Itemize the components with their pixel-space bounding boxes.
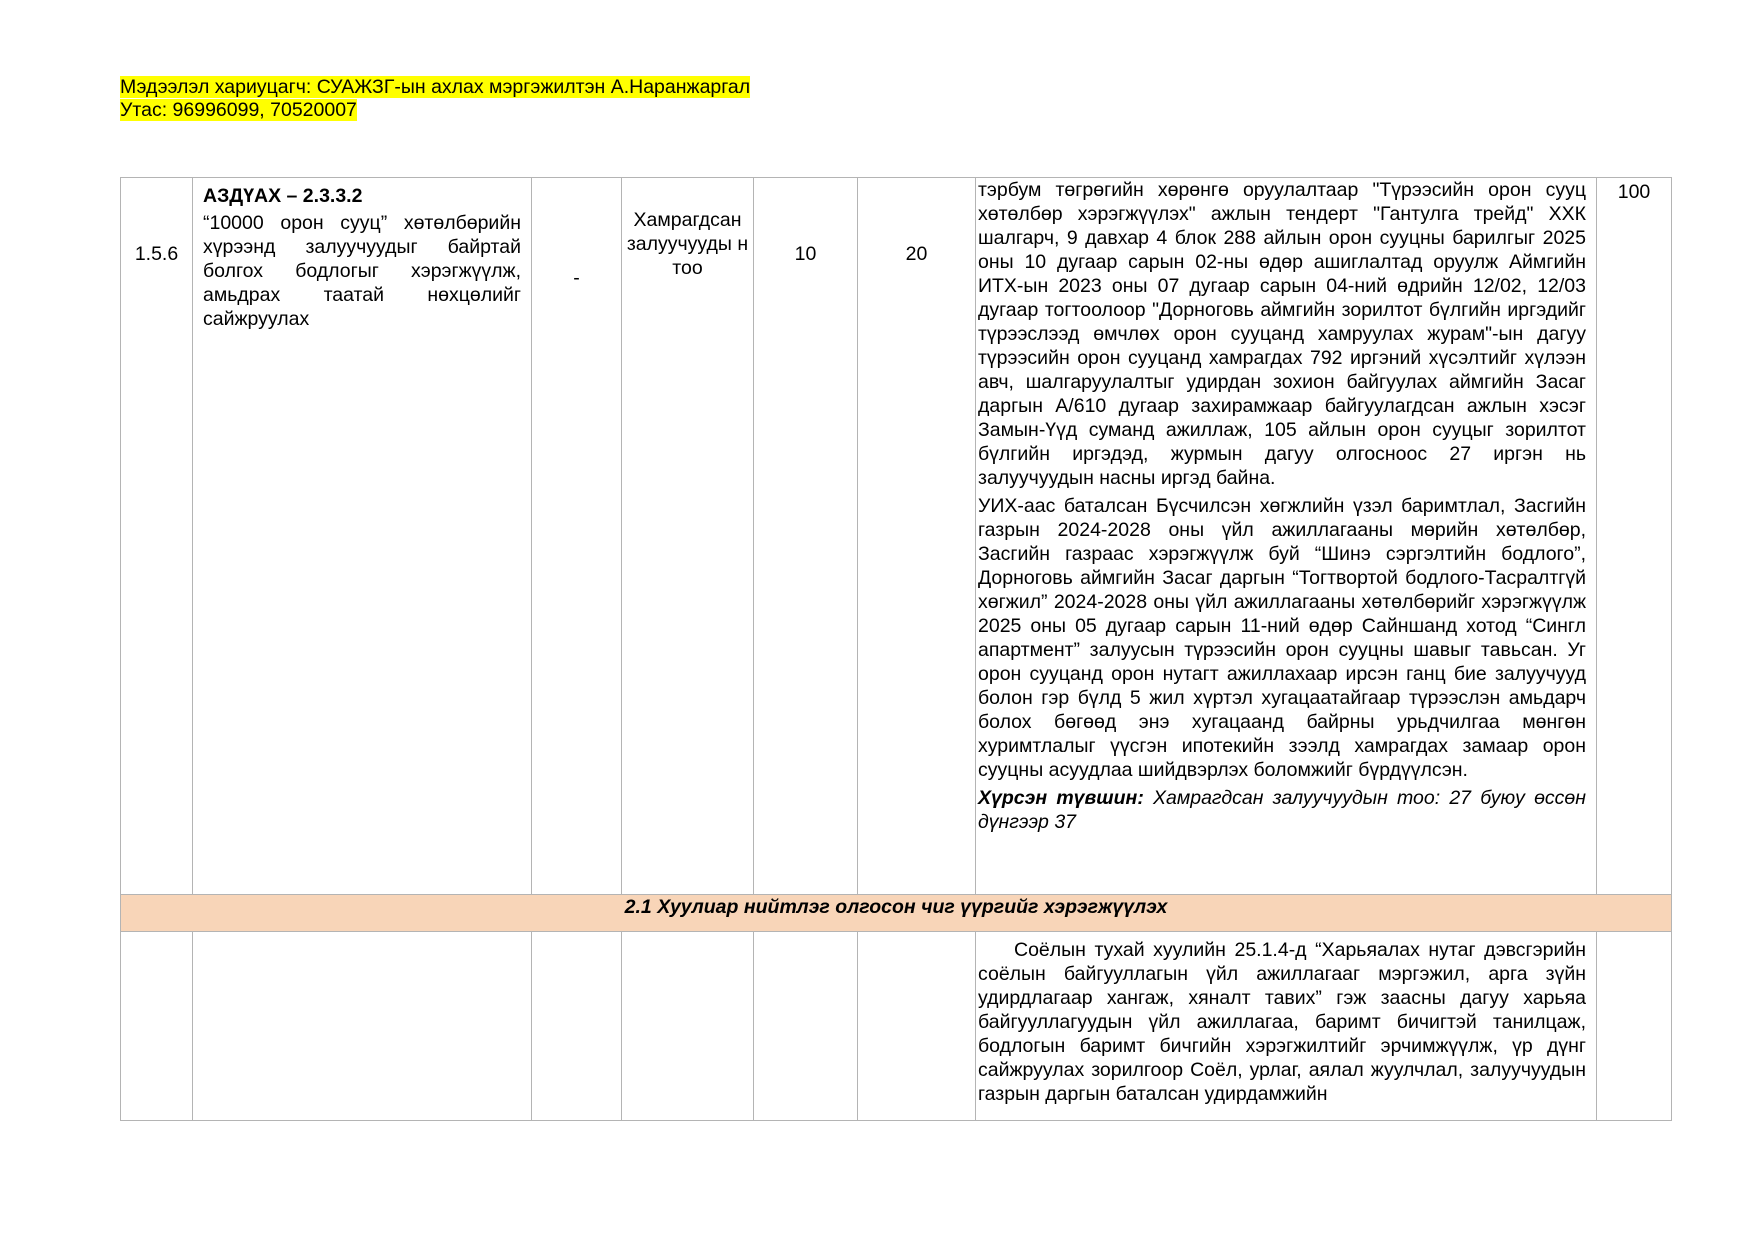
progress-paragraph: Соёлын тухай хуулийн 25.1.4-д “Харьяалах… — [978, 938, 1586, 1106]
baseline-cell — [532, 932, 622, 1121]
row-number: 1.5.6 — [121, 178, 193, 895]
table-row: 1.5.6 АЗДҮАХ – 2.3.3.2 “10000 орон сууц”… — [121, 178, 1672, 895]
report-table: 1.5.6 АЗДҮАХ – 2.3.3.2 “10000 орон сууц”… — [120, 177, 1672, 1121]
baseline-cell: - — [532, 178, 622, 895]
achieved-level-label: Хүрсэн түвшин: — [978, 787, 1144, 809]
goal-cell: АЗДҮАХ – 2.3.3.2 “10000 орон сууц” хөтөл… — [193, 178, 532, 895]
goal-code: АЗДҮАХ – 2.3.3.2 — [203, 184, 521, 208]
indicator-cell: Хамрагдсан залуучууды н тоо — [622, 178, 754, 895]
indicator-cell — [622, 932, 754, 1121]
phone-numbers: Утас: 96996099, 70520007 — [120, 99, 357, 121]
progress-cell: тэрбум төгрөгийн хөрөнгө оруулалтаар "Тү… — [976, 178, 1597, 895]
goal-cell — [193, 932, 532, 1121]
section-band-row: 2.1 Хуулиар нийтлэг олгосон чиг үүргийг … — [121, 895, 1672, 932]
table-row: Соёлын тухай хуулийн 25.1.4-д “Харьяалах… — [121, 932, 1672, 1121]
value-1: 10 — [754, 178, 858, 895]
progress-paragraph: тэрбум төгрөгийн хөрөнгө оруулалтаар "Тү… — [978, 178, 1586, 490]
row-number — [121, 932, 193, 1121]
section-title: 2.1 Хуулиар нийтлэг олгосон чиг үүргийг … — [121, 895, 1672, 932]
value-2: 20 — [858, 178, 976, 895]
achieved-level: Хүрсэн түвшин: Хамрагдсан залуучуудын то… — [978, 786, 1586, 834]
percent-cell — [1597, 932, 1672, 1121]
baseline-value: - — [573, 267, 580, 289]
value-2 — [858, 932, 976, 1121]
document-header: Мэдээлэл хариуцагч: СУАЖЗГ-ын ахлах мэрг… — [120, 76, 750, 122]
progress-cell: Соёлын тухай хуулийн 25.1.4-д “Харьяалах… — [976, 932, 1597, 1121]
responsible-person: Мэдээлэл хариуцагч: СУАЖЗГ-ын ахлах мэрг… — [120, 76, 750, 98]
progress-paragraph: УИХ-аас баталсан Бүсчилсэн хөгжлийн үзэл… — [978, 494, 1586, 782]
value-1 — [754, 932, 858, 1121]
percent-cell: 100 — [1597, 178, 1672, 895]
goal-text: “10000 орон сууц” хөтөлбөрийн хүрээнд за… — [203, 211, 521, 331]
